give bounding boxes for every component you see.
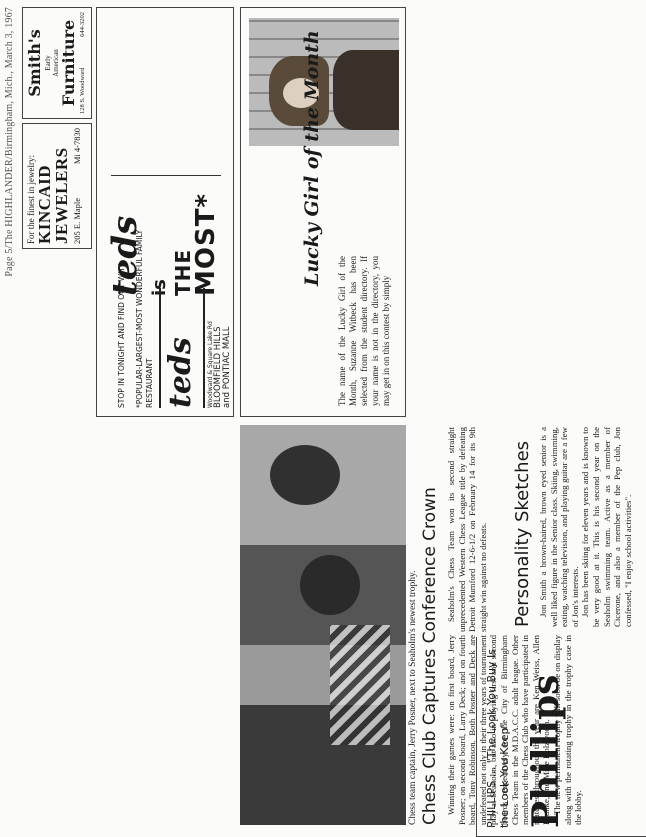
- smiths-furniture: Furniture: [60, 8, 77, 118]
- kincaid-name2: JEWELERS: [53, 128, 70, 244]
- personality-col1: Jon Smith a brown-haired, brown eyed sen…: [538, 427, 633, 627]
- personality-paragraph: Jon has been skiing for eleven years and…: [580, 427, 633, 627]
- phillips-logo: Phillips: [519, 637, 573, 836]
- newspaper-page: Page 5/The HIGHLANDER/Birmingham, Mich.,…: [0, 0, 646, 837]
- phillips-slogan: PHILLIPS ... "The Look You Buy Is the Lo…: [477, 637, 519, 836]
- teds-location-2: and PONTIAC MALL: [223, 327, 232, 409]
- chess-headline: Chess Club Captures Conference Crown: [420, 425, 440, 825]
- kincaid-name1: KINCAID: [36, 128, 53, 244]
- teds-the: THE: [173, 193, 193, 296]
- personality-paragraph: Jon Smith a brown-haired, brown eyed sen…: [538, 427, 580, 627]
- smiths-line1: Early: [44, 8, 52, 118]
- lucky-girl-photo: [249, 18, 399, 146]
- teds-location: BLOOMFIELD HILLS and PONTIAC MALL: [214, 327, 232, 409]
- chess-article-col1: Seaholm's Chess Team won its second stra…: [446, 427, 488, 632]
- kincaid-address: 205 E. Maple: [72, 198, 82, 244]
- teds-logo-small: teds: [163, 337, 198, 408]
- lucky-girl-body: The name of the Lucky Girl of the Month,…: [337, 256, 392, 406]
- teds-most: MOST*: [193, 193, 219, 296]
- lucky-girl-title: Lucky Girl of the Month: [301, 30, 323, 286]
- teds-popular-text: *POPULAR-LARGEST-MOST WONDERFUL FAMILY R…: [135, 208, 155, 408]
- phillips-ad: PHILLIPS ... "The Look You Buy Is the Lo…: [476, 637, 646, 837]
- teds-the-most: THE MOST*: [173, 193, 219, 296]
- divider: [159, 288, 161, 408]
- page-folio: Page 5/The HIGHLANDER/Birmingham, Mich.,…: [4, 7, 15, 417]
- lucky-girl-box: Lucky Girl of the Month The name of the …: [240, 7, 406, 417]
- teds-stop-text: STOP IN TONIGHT AND FIND OUT WHY: [117, 264, 126, 408]
- smiths-furniture-ad: Smith's Early American Furniture 128 S. …: [22, 7, 92, 119]
- smiths-name: Smith's: [25, 8, 44, 118]
- photo-caption: Chess team captain, Jerry Posner, next t…: [408, 425, 418, 825]
- kincaid-jewelers-ad: For the finest in jewelry: KINCAID JEWEL…: [22, 123, 92, 249]
- smiths-phone: 644-3202: [79, 12, 86, 37]
- chess-team-photo: [240, 425, 406, 825]
- divider: [203, 288, 205, 408]
- teds-restaurant-ad: teds is THE MOST* STOP IN TONIGHT AND FI…: [96, 7, 234, 417]
- smiths-address: 128 S. Woodward: [79, 68, 86, 114]
- chess-paragraph: Seaholm's Chess Team won its second stra…: [446, 427, 488, 632]
- divider: [111, 175, 221, 176]
- kincaid-phone: Mi 4-7830: [72, 128, 82, 164]
- personality-headline: Personality Sketches: [512, 441, 533, 627]
